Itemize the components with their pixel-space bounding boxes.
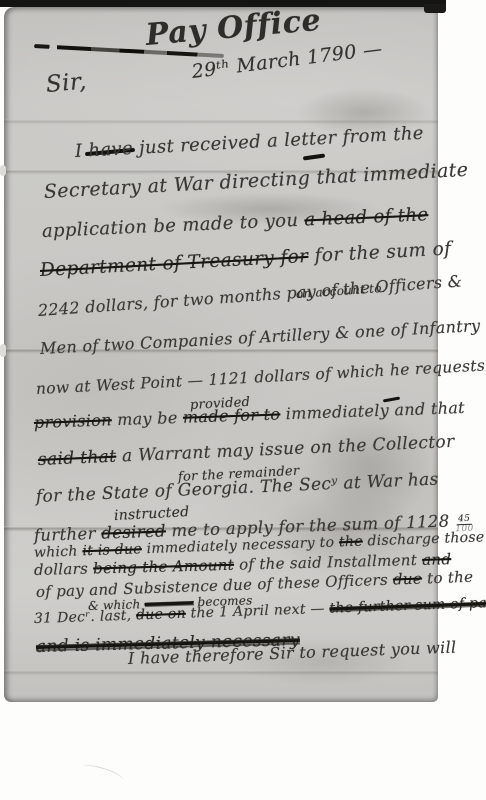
text-segment: application be made to you [42,210,305,242]
scanned-letter: Pay Office 29ᵗʰ March 1790 — Sir, I have… [0,0,486,800]
text-segment: & which [88,597,145,613]
text-segment: which [34,543,83,561]
text-segment: becomes [193,593,253,609]
struck-text: ———— [144,595,193,611]
text-segment: for the sum of [308,238,452,266]
struck-text: and [422,550,452,569]
ink-blot [303,153,325,160]
struck-text: a head of the [304,204,429,230]
background-scratch [81,762,124,785]
fold-notch [0,344,6,357]
text-segment: dollars [34,559,94,579]
text-segment: 2242 dollars, for two months pay of the … [37,271,463,320]
interlineation-b: provided [190,396,251,413]
text-segment: immediately and that [280,398,465,423]
text-segment: may be [111,408,183,429]
text-segment: I have just received a letter from the [74,123,424,162]
text-segment: provided [190,395,251,413]
struck-text: the further sum of pay [329,595,486,617]
manuscript-line-4: Department of Treasury for for the sum o… [39,239,451,280]
struck-text: Department of Treasury for [39,246,308,281]
manuscript-line-5: 2242 dollars, for two months pay of the … [37,273,462,319]
text-segment: now at West Point — 1121 dollars of whic… [36,356,486,398]
scanner-top-strip [0,0,446,7]
paper-left-edge [0,7,5,671]
letterhead-office: Pay Office [145,5,323,52]
paper: Pay Office 29ᵗʰ March 1790 — Sir, I have… [4,7,438,702]
text-segment: discharge those [362,529,484,549]
struck-text: due [393,570,423,589]
struck-text: desired [101,521,166,542]
manuscript-line-7: now at West Point — 1121 dollars of whic… [36,357,486,397]
struck-text: it is due [82,541,142,559]
paper-corner-shadow [424,4,446,13]
salutation: Sir, [45,69,88,97]
manuscript-line-1: I have just received a letter from the [75,125,425,162]
struck-text: being the Amount [93,556,234,578]
text-segment: further [34,524,102,545]
struck-text: the [339,534,363,551]
fold-notch [0,165,6,176]
struck-text: provision [34,410,112,432]
struck-text: said that [38,447,117,470]
text-segment: to the [422,568,474,588]
